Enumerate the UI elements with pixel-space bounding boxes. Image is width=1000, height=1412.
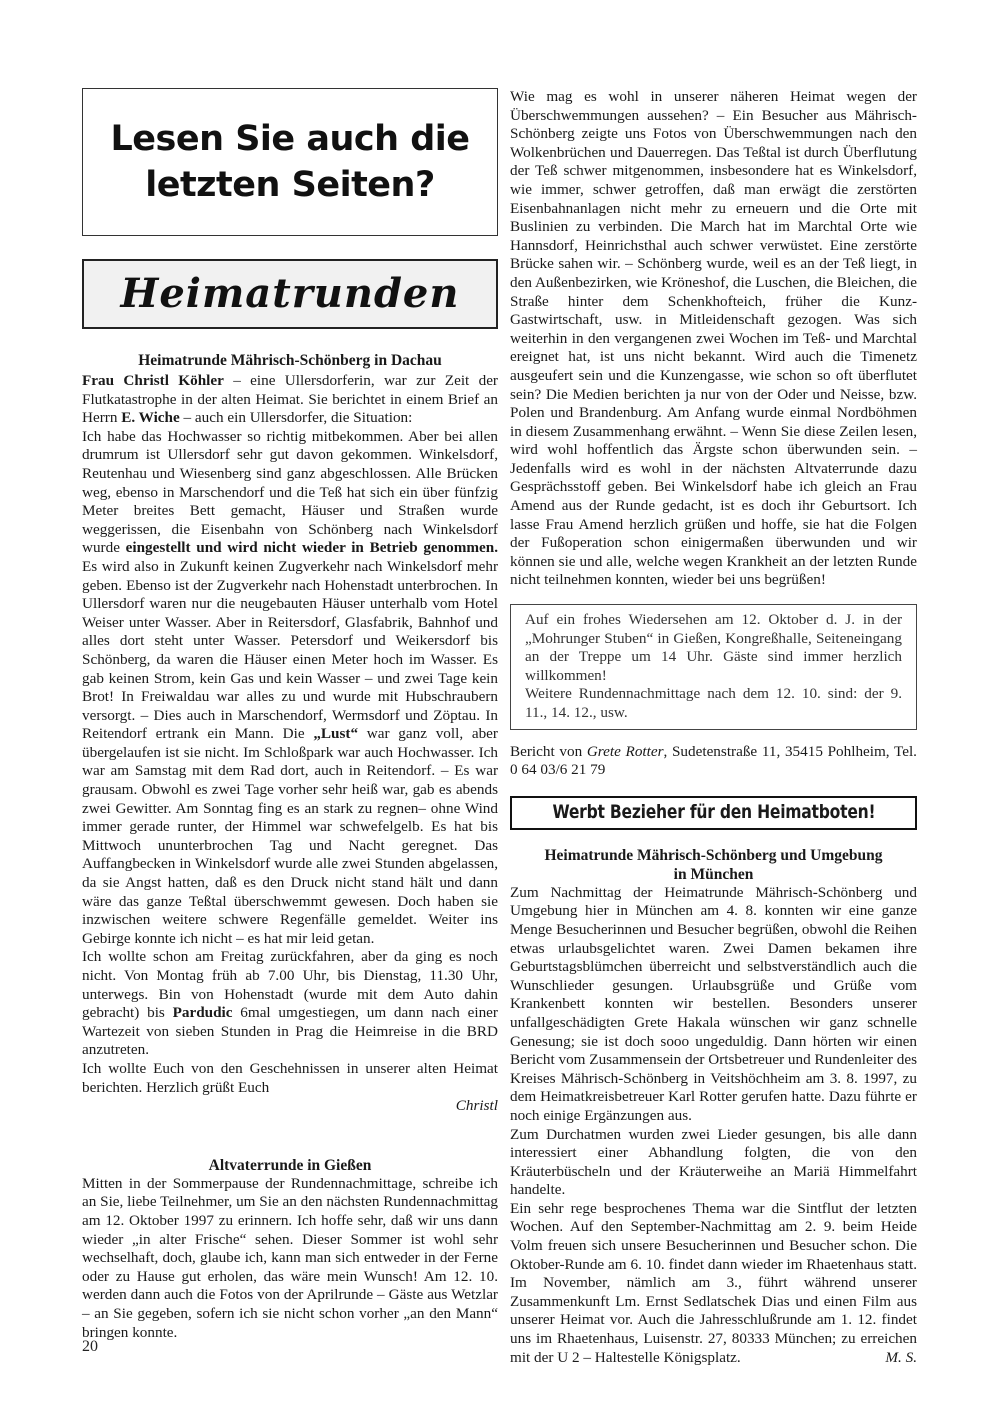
dachau-paragraph-1: Ich habe das Hochwasser so richtig mitbe…	[82, 428, 498, 949]
section-title-muenchen: Heimatrunde Mährisch-Schönberg und Umgeb…	[510, 846, 917, 884]
dachau-paragraph-3: Ich wollte Euch von den Geschehnissen in…	[82, 1060, 498, 1097]
muenchen-paragraph-2: Zum Durchatmen wurden zwei Lieder gesung…	[510, 1126, 917, 1200]
heimatrunden-banner: Heimatrunden	[82, 259, 498, 329]
author-name: Frau Christl Köhler	[82, 372, 224, 389]
page-number: 20	[82, 1338, 98, 1356]
promo-line-1: Lesen Sie auch die	[110, 116, 469, 162]
cta-text: Werbt Bezieher für den Heimatboten!	[552, 803, 875, 822]
section-title-dachau: Heimatrunde Mährisch-Schönberg in Dachau	[82, 351, 498, 370]
subscriber-cta-box: Werbt Bezieher für den Heimatboten!	[510, 796, 917, 830]
giessen-paragraph-2: Wie mag es wohl in unserer näheren Heima…	[510, 88, 917, 590]
giessen-paragraph-1: Mitten in der Sommerpause der Rundennach…	[82, 1175, 498, 1342]
section-title-giessen: Altvaterrunde in Gießen	[82, 1156, 498, 1175]
banner-title: Heimatrunden	[121, 285, 460, 304]
dachau-intro: Frau Christl Köhler – eine Ullersdorferi…	[82, 372, 498, 428]
report-credit: Bericht von Grete Rotter, Sudetenstraße …	[510, 743, 917, 780]
promo-box: Lesen Sie auch die letzten Seiten?	[82, 88, 498, 236]
recipient-name: E. Wiche	[121, 409, 180, 426]
dachau-signoff: Christl	[82, 1097, 498, 1116]
right-column: Wie mag es wohl in unserer näheren Heima…	[510, 88, 917, 1367]
signature: M. S.	[885, 1349, 917, 1368]
muenchen-paragraph-3: Ein sehr rege besprochenes Thema war die…	[510, 1200, 917, 1367]
meeting-dates-text: Weitere Rundennachmittage nach dem 12. 1…	[525, 685, 902, 722]
meeting-info-box: Auf ein frohes Wiedersehen am 12. Oktobe…	[510, 604, 917, 730]
dachau-paragraph-2: Ich wollte schon am Freitag zurückfahren…	[82, 948, 498, 1060]
signature: Christl	[456, 1097, 498, 1116]
report-author: Grete Rotter	[587, 743, 664, 760]
promo-line-2: letzten Seiten?	[110, 162, 469, 208]
meeting-info-text: Auf ein frohes Wiedersehen am 12. Oktobe…	[525, 611, 902, 685]
left-column: Lesen Sie auch die letzten Seiten? Heima…	[82, 88, 498, 1342]
muenchen-paragraph-1: Zum Nachmittag der Heimatrunde Mährisch-…	[510, 884, 917, 1126]
